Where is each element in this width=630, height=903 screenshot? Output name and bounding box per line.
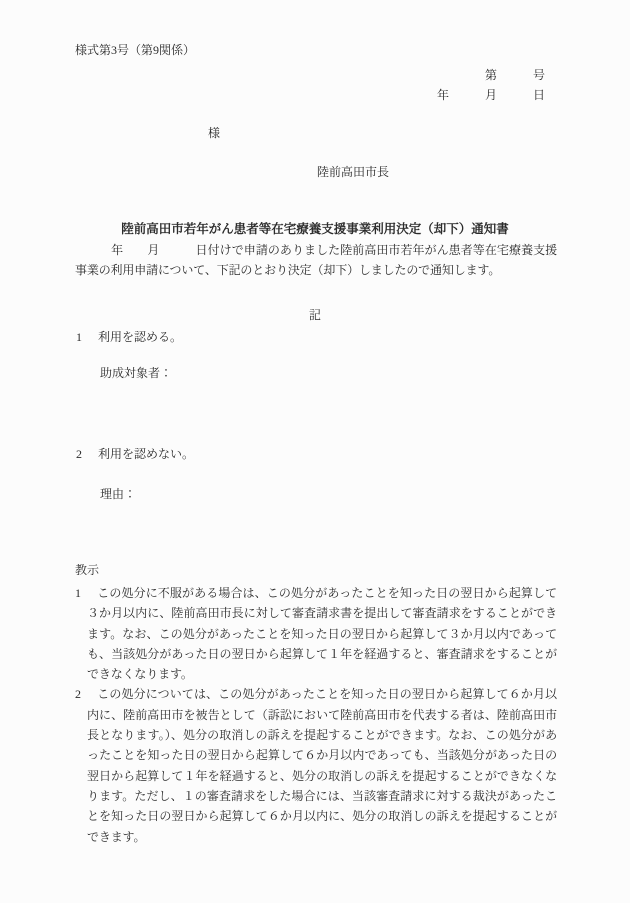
grant-recipient-label: 助成対象者： <box>100 365 172 382</box>
appeal-paragraph-2-number: 2 <box>75 684 97 704</box>
body-paragraph: 年 月 日付けで申請のありました陸前高田市若年がん患者等在宅療養支援事業の利用申… <box>75 240 557 281</box>
addressee-honorific: 様 <box>208 125 220 142</box>
decision-option-approve-number: 1 <box>76 329 98 346</box>
appeal-paragraph-1: 1この処分に不服がある場合は、この処分があったことを知った日の翌日から起算して３… <box>75 583 557 684</box>
form-number: 様式第3号（第9関係） <box>75 42 195 59</box>
appeal-paragraph-1-number: 1 <box>75 583 97 603</box>
decision-option-reject-text: 利用を認めない。 <box>98 447 194 461</box>
decision-option-reject: 2利用を認めない。 <box>76 446 194 463</box>
appeal-notice-heading: 教示 <box>75 562 99 579</box>
decision-option-approve-text: 利用を認める。 <box>98 330 182 344</box>
ki-marker: 記 <box>0 306 630 323</box>
appeal-notice: 1この処分に不服がある場合は、この処分があったことを知った日の翌日から起算して３… <box>75 583 557 847</box>
reason-label: 理由： <box>100 486 136 503</box>
decision-option-approve: 1利用を認める。 <box>76 329 182 346</box>
document-title: 陸前高田市若年がん患者等在宅療養支援事業利用決定（却下）通知書 <box>0 221 630 238</box>
appeal-paragraph-2-text: この処分については、この処分があったことを知った日の翌日から起算して６か月以内に… <box>87 687 557 843</box>
appeal-paragraph-2: 2この処分については、この処分があったことを知った日の翌日から起算して６か月以内… <box>75 684 557 846</box>
document-page: 様式第3号（第9関係） 第 号 年 月 日 様 陸前高田市長 陸前高田市若年がん… <box>0 0 630 903</box>
decision-option-reject-number: 2 <box>76 446 98 463</box>
document-number-line: 第 号 <box>485 67 545 84</box>
appeal-paragraph-1-text: この処分に不服がある場合は、この処分があったことを知った日の翌日から起算して３か… <box>87 586 557 681</box>
sender-name: 陸前高田市長 <box>317 164 389 181</box>
date-line: 年 月 日 <box>437 87 545 104</box>
